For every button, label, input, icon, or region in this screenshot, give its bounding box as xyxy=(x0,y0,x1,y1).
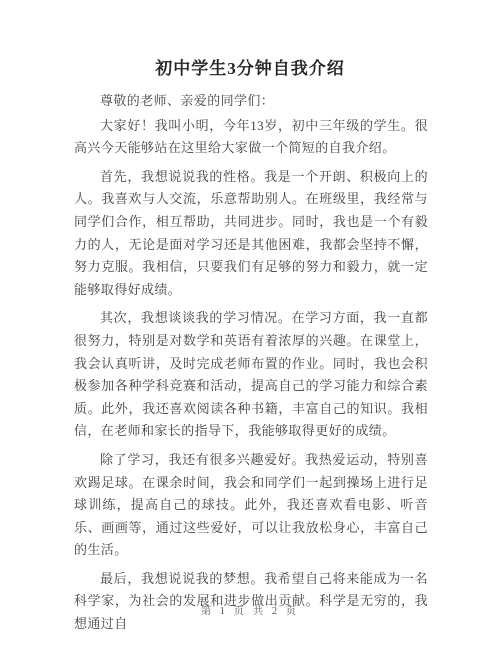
paragraph-personality: 首先，我想说说我的性格。我是一个开朗、积极向上的人。我喜欢与人交流，乐意帮助别人… xyxy=(74,166,428,302)
document-body: 尊敬的老师、亲爱的同学们： 大家好！我叫小明，今年13岁，初中三年级的学生。很高… xyxy=(0,79,500,636)
paragraph-study: 其次，我想谈谈我的学习情况。在学习方面，我一直都很努力，特别是对数学和英语有着浓… xyxy=(74,307,428,443)
paragraph-dream: 最后，我想说说我的梦想。我希望自己将来能成为一名科学家，为社会的发展和进步做出贡… xyxy=(74,568,428,636)
paragraph-intro: 大家好！我叫小明，今年13岁，初中三年级的学生。很高兴今天能够站在这里给大家做一… xyxy=(74,115,428,160)
salutation: 尊敬的老师、亲爱的同学们： xyxy=(74,90,428,113)
page-footer: 第 1 页 共 2 页 xyxy=(0,603,500,618)
document-title: 初中学生3分钟自我介绍 xyxy=(0,0,500,79)
paragraph-hobbies: 除了学习，我还有很多兴趣爱好。我热爱运动，特别喜欢踢足球。在课余时间，我会和同学… xyxy=(74,449,428,562)
document-page: 初中学生3分钟自我介绍 尊敬的老师、亲爱的同学们： 大家好！我叫小明，今年13岁… xyxy=(0,0,500,647)
